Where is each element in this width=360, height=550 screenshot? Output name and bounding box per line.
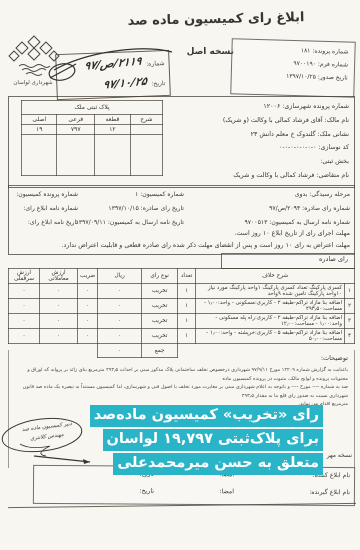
recipient-signature-label: امضا: <box>220 488 234 495</box>
violation-verdict-type: تخریب <box>142 299 178 314</box>
violation-goodwill: ۰ <box>9 329 40 344</box>
violation-verdict-type: تخریب <box>142 284 178 299</box>
ref-issue-date: تاریخ صدور: ۱۳۹۷/۱۰/۲۵ <box>238 68 348 84</box>
property-info-lines: شماره پرونده شهرسازی: ۱۲۰۰۶ نام مالک: آق… <box>159 100 349 183</box>
violation-count: ۱ <box>178 284 196 299</box>
row-number: ۱ <box>345 284 355 299</box>
col-violation-desc: شرح خلاف <box>196 269 355 284</box>
municipality-logo-icon <box>5 34 61 78</box>
handwritten-number-value: ۲۱۱۹/ص/۹۷ <box>83 54 142 72</box>
secretary-stamp: دبیر کمیسیون ماده صد مهندس کلانتری <box>0 410 95 474</box>
handwritten-letter-number-box: شماره: ۲۱۱۹/ص/۹۷ تاریخ: ۹۷/۱۰/۲۵ <box>55 50 171 100</box>
violation-coefficient: ۰ <box>78 314 98 329</box>
violation-trade-value: ۰ <box>40 284 78 299</box>
violations-header-row: شرح خلاف تعداد نوع رای ریال ضریب ارزش مع… <box>9 269 355 284</box>
violation-goodwill: ۰ <box>9 284 40 299</box>
scanned-form-page: ابلاغ رای کمیسیون ماده صد نسخه اصل شهردا… <box>0 0 360 550</box>
violation-rial: ۰ <box>98 284 142 299</box>
plate-main-value: ۱۹ <box>22 125 57 135</box>
violation-rial: ۰ <box>98 329 142 344</box>
violations-table: شرح خلاف تعداد نوع رای ریال ضریب ارزش مع… <box>8 268 355 358</box>
violation-desc: اضافه بنا مازاد تراکم-طبقه ۵ - کاربری:خر… <box>196 329 345 344</box>
review-stage: مرحله رسیدگی: بدوی <box>244 188 350 202</box>
copy-label: نسخه اصل <box>187 47 234 57</box>
urban-file-number: شماره پرونده شهرسازی: ۱۲۰۰۶ <box>159 100 349 114</box>
violation-verdict-type: تخریب <box>142 314 178 329</box>
objection-deadline: مهلت اعتراض به رای ۱۰ روز است و پس از ان… <box>13 242 350 249</box>
plate-sub-value: ۷۹۷ <box>57 125 95 135</box>
number-label: شماره: <box>146 60 165 68</box>
notes-line: صد به شماره ---- مورخ ---- و باتوجه به ا… <box>15 383 348 400</box>
applicant-name: نام متقاضی: فرشاد کمالی با وکالت و شریک <box>159 169 349 183</box>
copy-note: نسخه مهر <box>327 452 352 459</box>
commission-col-right: مرحله رسیدگی: بدوی شماره رای صادره: ۲۰۹۴… <box>244 188 350 230</box>
property-info-section: شماره پرونده شهرسازی: ۱۲۰۰۶ نام مالک: آق… <box>8 96 355 188</box>
municipality-logo-caption: شهرداری لواسان <box>5 80 61 86</box>
notes-line: باعنایت به گزارش شماره ۱۲۲۰۹ مورخ ۹۷/۹/۱… <box>15 366 348 383</box>
violation-coefficient: ۰ <box>78 284 98 299</box>
send-letter-number: شماره نامه ارسال به کمیسیون: ۹۷۰۰۵۱۳ <box>244 216 350 230</box>
highlight-line-plate: برای پلاک‌ثبتی ۱۹,۷۹۷ لواسان <box>103 429 323 451</box>
plate-col-main: اصلی <box>22 115 57 125</box>
highlight-line-verdict: رای «تخریب» کمیسیون ماده‌صد <box>90 405 323 427</box>
violation-coefficient: ۰ <box>78 299 98 314</box>
col-coefficient: ضریب <box>78 269 98 284</box>
notice-letter-date: تاریخ نامه ابلاغ رای: <box>16 216 78 230</box>
highlight-annotation: رای «تخریب» کمیسیون ماده‌صد برای پلاک‌ثب… <box>63 404 323 476</box>
violation-trade-value: ۰ <box>40 299 78 314</box>
row-number: ۲ <box>345 299 355 314</box>
violation-rial: ۰ <box>98 314 142 329</box>
recipient-row: نام ابلاغ گیرنده: امضا: تاریخ: <box>34 487 354 489</box>
col-rial: ریال <box>98 269 142 284</box>
plate-piece-value: ۱۲ <box>95 125 131 135</box>
verdict-number: شماره رای صادره: ۲۰۹۴/ص/۹۷ <box>244 202 350 216</box>
col-verdict-type: نوع رای <box>142 269 178 284</box>
violation-verdict-type: تخریب <box>142 329 178 344</box>
handwritten-date-row: تاریخ: ۹۷/۱۰/۲۵ <box>103 75 166 90</box>
handwritten-number-row: شماره: ۲۱۱۹/ص/۹۷ <box>84 55 165 71</box>
violation-desc: کسری پارکینگ تعداد کسری پارکینگ ۱واحد پا… <box>196 284 345 299</box>
plate-col-sub: فرعی <box>57 115 95 125</box>
date-label: تاریخ: <box>151 80 165 88</box>
reference-number-box: شماره پرونده: ۱۸۱ شماره فرم: ۹۷۰۰۱۹۰ تار… <box>230 38 356 97</box>
verdict-date: تاریخ رای صادره: ۱۳۹۷/۱۰/۱۵ <box>76 202 184 216</box>
violation-row: ۱ کسری پارکینگ تعداد کسری پارکینگ ۱واحد … <box>9 284 355 299</box>
col-goodwill-value: ارزش سرقفلی <box>9 269 40 284</box>
plate-desc-value <box>130 125 162 135</box>
verdict-section-label: رای صادره <box>221 253 355 269</box>
owner-name: نام مالک: آقای فرشاد کمالی با وکالت (و ش… <box>159 114 349 128</box>
plate-table-value-row: ۱۲ ۷۹۷ ۱۹ <box>22 125 163 135</box>
violation-trade-value: ۰ <box>40 314 78 329</box>
col-trade-value: ارزش معاملاتی <box>40 269 78 284</box>
commission-file-number: شماره پرونده کمیسیون: <box>16 188 78 202</box>
violation-coefficient: ۰ <box>78 329 98 344</box>
municipality-logo-block: شهرداری لواسان <box>5 34 61 86</box>
notes-text: باعنایت به گزارش شماره ۱۲۲۰۹ مورخ ۹۷/۹/۱… <box>15 366 348 409</box>
handwritten-date-value: ۹۷/۱۰/۲۵ <box>102 75 147 92</box>
commission-col-left: شماره پرونده کمیسیون: شماره نامه ابلاغ ر… <box>16 188 78 230</box>
commission-col-middle: شماره کمیسیون: ۱ تاریخ رای صادره: ۱۳۹۷/۱… <box>76 188 184 230</box>
plate-registry-table: پلاک ثبتی ملک شرح قطعه فرعی اصلی ۱۲ ۷۹۷ … <box>21 100 163 176</box>
violation-count: ۱ <box>178 329 196 344</box>
violation-goodwill: ۰ <box>9 299 40 314</box>
property-address: نشانی ملک: گلندوک خ معلم دانش ۲۳ <box>159 128 349 142</box>
violation-count: ۱ <box>178 299 196 314</box>
notes-heading: توضیحات: <box>321 354 348 362</box>
violation-desc: اضافه بنا مازاد تراکم-طبقه ۲ - کاربری:مس… <box>196 299 345 314</box>
violation-trade-value: ۰ <box>40 329 78 344</box>
row-number: ۴ <box>345 329 355 344</box>
violation-rial: ۰ <box>98 299 142 314</box>
recipient-date-label: تاریخ: <box>140 488 154 495</box>
registry-district: بخش ثبتی: <box>159 155 349 169</box>
renewal-code: کد نوسازی: ۰-۰-۰-۰-۰-۰-۰ <box>159 141 349 155</box>
violation-row: ۴ اضافه بنا مازاد تراکم-طبقه ۵ - کاربری:… <box>9 329 355 344</box>
plate-table-title: پلاک ثبتی ملک <box>22 101 163 115</box>
execution-deadline: مهلت اجرای رای از تاریخ ابلاغ ۱۰ روز است… <box>13 230 350 237</box>
row-number: ۳ <box>345 314 355 329</box>
recipient-name-label: نام ابلاغ گیرنده: <box>309 489 350 496</box>
form-title: ابلاغ رای کمیسیون ماده صد <box>98 10 334 30</box>
plate-table-empty-row <box>22 135 163 176</box>
commission-number: شماره کمیسیون: ۱ <box>76 188 184 202</box>
violation-row: ۲ اضافه بنا مازاد تراکم-طبقه ۲ - کاربری:… <box>9 299 355 314</box>
plate-col-piece: قطعه <box>95 115 131 125</box>
commission-info-section: مرحله رسیدگی: بدوی شماره رای صادره: ۲۰۹۴… <box>8 185 355 255</box>
violation-row: ۳ اضافه بنا مازاد تراکم-طبقه ۲ - کاربری:… <box>9 314 355 329</box>
notice-letter-number: شماره نامه ابلاغ رای: <box>16 202 78 216</box>
plate-col-desc: شرح <box>130 115 162 125</box>
violation-count: ۱ <box>178 314 196 329</box>
plate-table-header-row: شرح قطعه فرعی اصلی <box>22 115 163 125</box>
violation-goodwill: ۰ <box>9 314 40 329</box>
send-letter-date: تاریخ نامه ارسال به کمیسیون: ۱۳۹۷/۰۹/۱۱ <box>76 216 184 230</box>
violation-desc: اضافه بنا مازاد تراکم-طبقه ۲ - کاربری:را… <box>196 314 345 329</box>
col-count: تعداد <box>178 269 196 284</box>
highlight-line-owner: متعلق به حسن میرمحمدعلی <box>113 453 323 475</box>
